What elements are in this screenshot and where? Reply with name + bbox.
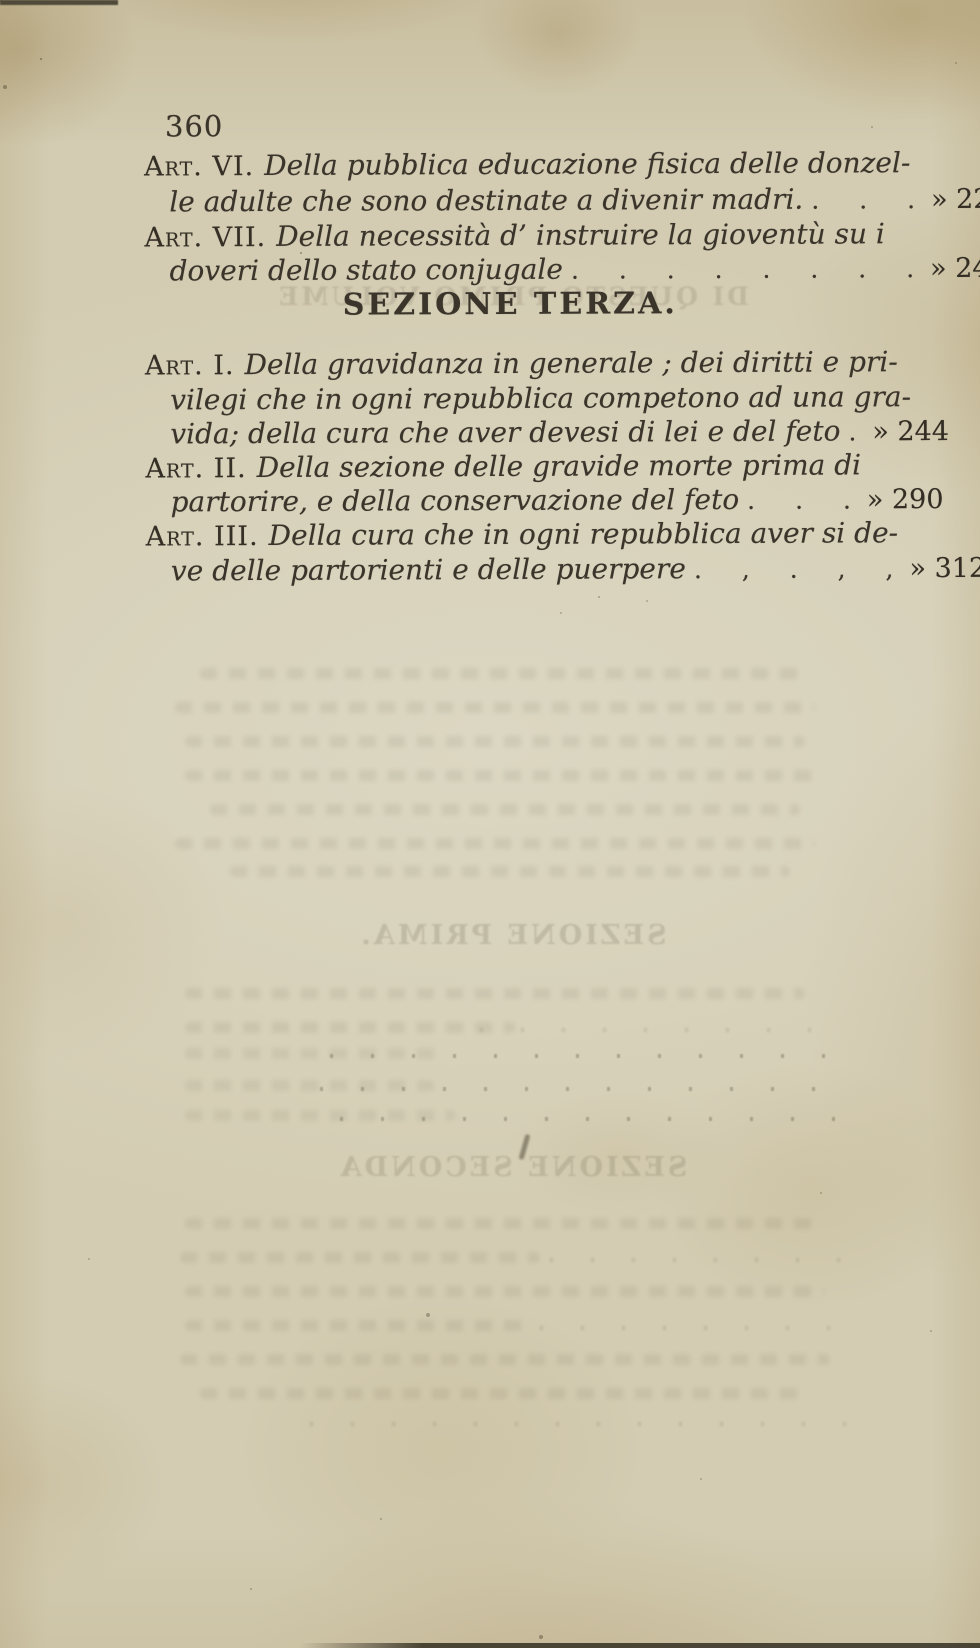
toc-entry-text: Della sezione delle gravide morte prima … <box>257 448 862 485</box>
toc-entry-text: ve delle partorienti e delle puerpere <box>171 552 686 588</box>
toc-entry-text: Della cura che in ogni repubblica aver s… <box>269 516 899 553</box>
toc-entry-text: doveri dello stato conjugale <box>170 253 563 289</box>
scan-edge-bottom <box>300 1643 980 1648</box>
toc-entry-text: Della gravidanza in generale ; dei dirit… <box>244 345 897 382</box>
toc-line: doveri dello stato conjugale . . . . . .… <box>170 251 876 289</box>
toc-line: le adulte che sono destinate a divenir m… <box>169 182 875 220</box>
toc-entry-label: Art. VII. <box>144 221 266 256</box>
section-heading: SEZIONE TERZA. <box>145 285 876 323</box>
toc-entry-text: Della pubblica educazione fisica delle d… <box>264 146 910 183</box>
scan-edge-top <box>0 0 118 5</box>
page-number: 360 <box>165 109 224 143</box>
toc-entry-text: Della necessità d’ instruire la gioventù… <box>276 217 885 254</box>
toc-page-ref: » 312 <box>909 552 980 586</box>
toc-entry-text: vida; della cura che aver devesi di lei … <box>170 414 840 451</box>
toc-line: Art. VII. Della necessità d’ instruire l… <box>144 217 885 255</box>
toc-line: Art. III. Della cura che in ogni repubbl… <box>146 516 898 554</box>
toc-entry-text: le adulte che sono destinate a divenir m… <box>169 183 803 220</box>
toc-line: Art. I. Della gravidanza in generale ; d… <box>145 345 898 383</box>
dot-leader: . , . , , <box>686 552 910 587</box>
toc-page-ref: » 244 <box>872 415 944 449</box>
toc-entry-text: vilegi che in ogni repubblica competono … <box>170 380 911 417</box>
toc-entry-label: Art. II. <box>145 452 246 486</box>
dot-leader: . . . <box>803 183 931 218</box>
toc-line: ve delle partorienti e delle puerpere . … <box>171 551 877 589</box>
toc-page-ref: » 227 <box>931 183 980 217</box>
dot-leader: . . . <box>739 483 867 518</box>
toc-page-ref: » 241 <box>930 252 980 286</box>
toc-page-ref: » 290 <box>867 483 939 517</box>
toc-entry-label: Art. I. <box>145 349 235 383</box>
toc-line: partorire, e della conservazione del fet… <box>171 482 877 520</box>
toc-entry-text: partorire, e della conservazione del fet… <box>171 483 740 519</box>
toc-entry-label: Art. III. <box>146 520 259 554</box>
toc-line: Art. VI. Della pubblica educazione fisic… <box>144 146 910 184</box>
toc-line: vida; della cura che aver devesi di lei … <box>170 414 876 452</box>
book-page: DI QUESTO PRIMO VOLUME SEZIONE PRIMA. SE… <box>0 0 980 1648</box>
printed-content: 360 Art. VI. Della pubblica educazione f… <box>0 0 980 1648</box>
dot-leader: . <box>840 415 872 449</box>
dot-leader: . . . . . . . . <box>563 252 930 288</box>
toc-line: Art. II. Della sezione delle gravide mor… <box>145 448 861 486</box>
toc-line: vilegi che in ogni repubblica competono … <box>170 380 911 417</box>
toc-entry-label: Art. VI. <box>144 150 254 184</box>
